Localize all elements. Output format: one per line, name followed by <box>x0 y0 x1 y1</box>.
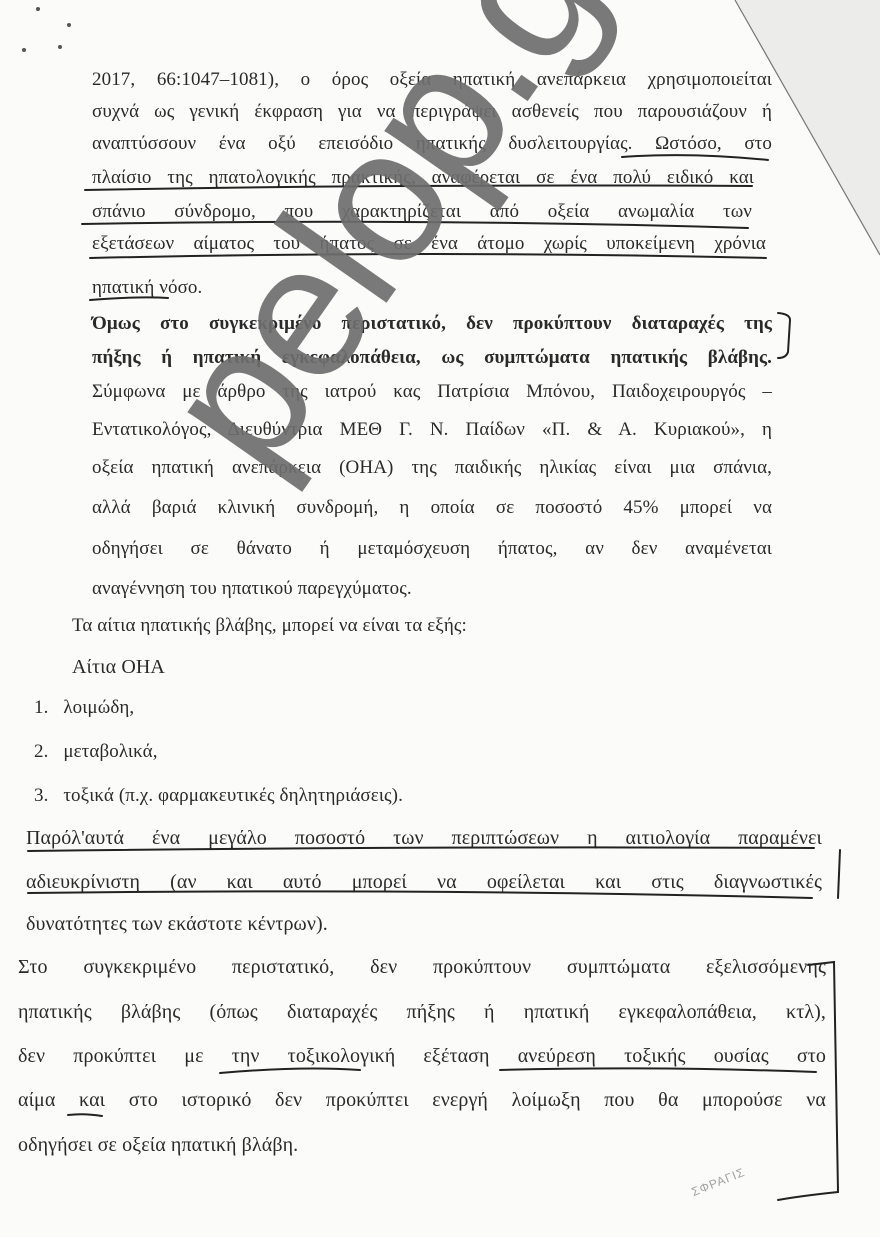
document-page: 2017, 66:1047–1081), ο όρος οξεία ηπατικ… <box>0 0 880 1237</box>
